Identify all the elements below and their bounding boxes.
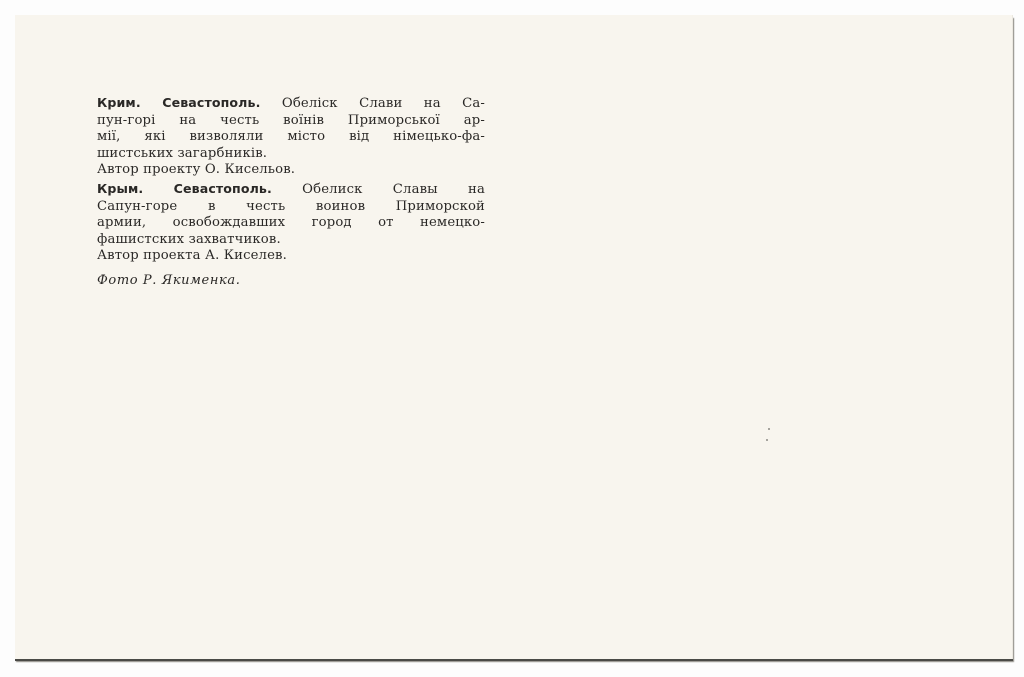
caption-russian: Крым. Севастополь. Обелиск Славы на Сапу… — [97, 181, 489, 265]
caption-author: Автор проекту О. Кисельов. — [97, 162, 485, 179]
caption-ukrainian: Крим. Севастополь. Обеліск Слави на Са- … — [97, 95, 489, 179]
photo-credit: Фото Р. Якименка. — [97, 273, 240, 288]
paper-speck — [766, 439, 768, 441]
caption-line: Крим. Севастополь. Обеліск Слави на Са- — [97, 95, 485, 113]
caption-line: Сапун-горе в честь воинов Приморской — [97, 199, 485, 216]
caption-line: шистських загарбників. — [97, 146, 485, 163]
caption-text: Обелиск Славы на — [302, 182, 485, 197]
caption-line: Крым. Севастополь. Обелиск Славы на — [97, 181, 485, 199]
caption-author: Автор проекта А. Киселев. — [97, 248, 485, 265]
caption-heading: Крим. Севастополь. — [97, 95, 260, 110]
caption-line: мії, які визволяли місто від німецько-фа… — [97, 129, 485, 146]
postcard-back: Крим. Севастополь. Обеліск Слави на Са- … — [15, 15, 1013, 659]
caption-line: армии, освобождавших город от немецко- — [97, 215, 485, 232]
caption-line: фашистских захватчиков. — [97, 232, 485, 249]
caption-heading: Крым. Севастополь. — [97, 181, 272, 196]
paper-speck — [768, 428, 770, 430]
caption-text: Обеліск Слави на Са- — [282, 96, 485, 111]
caption-line: пун-горі на честь воїнів Приморської ар- — [97, 113, 485, 130]
